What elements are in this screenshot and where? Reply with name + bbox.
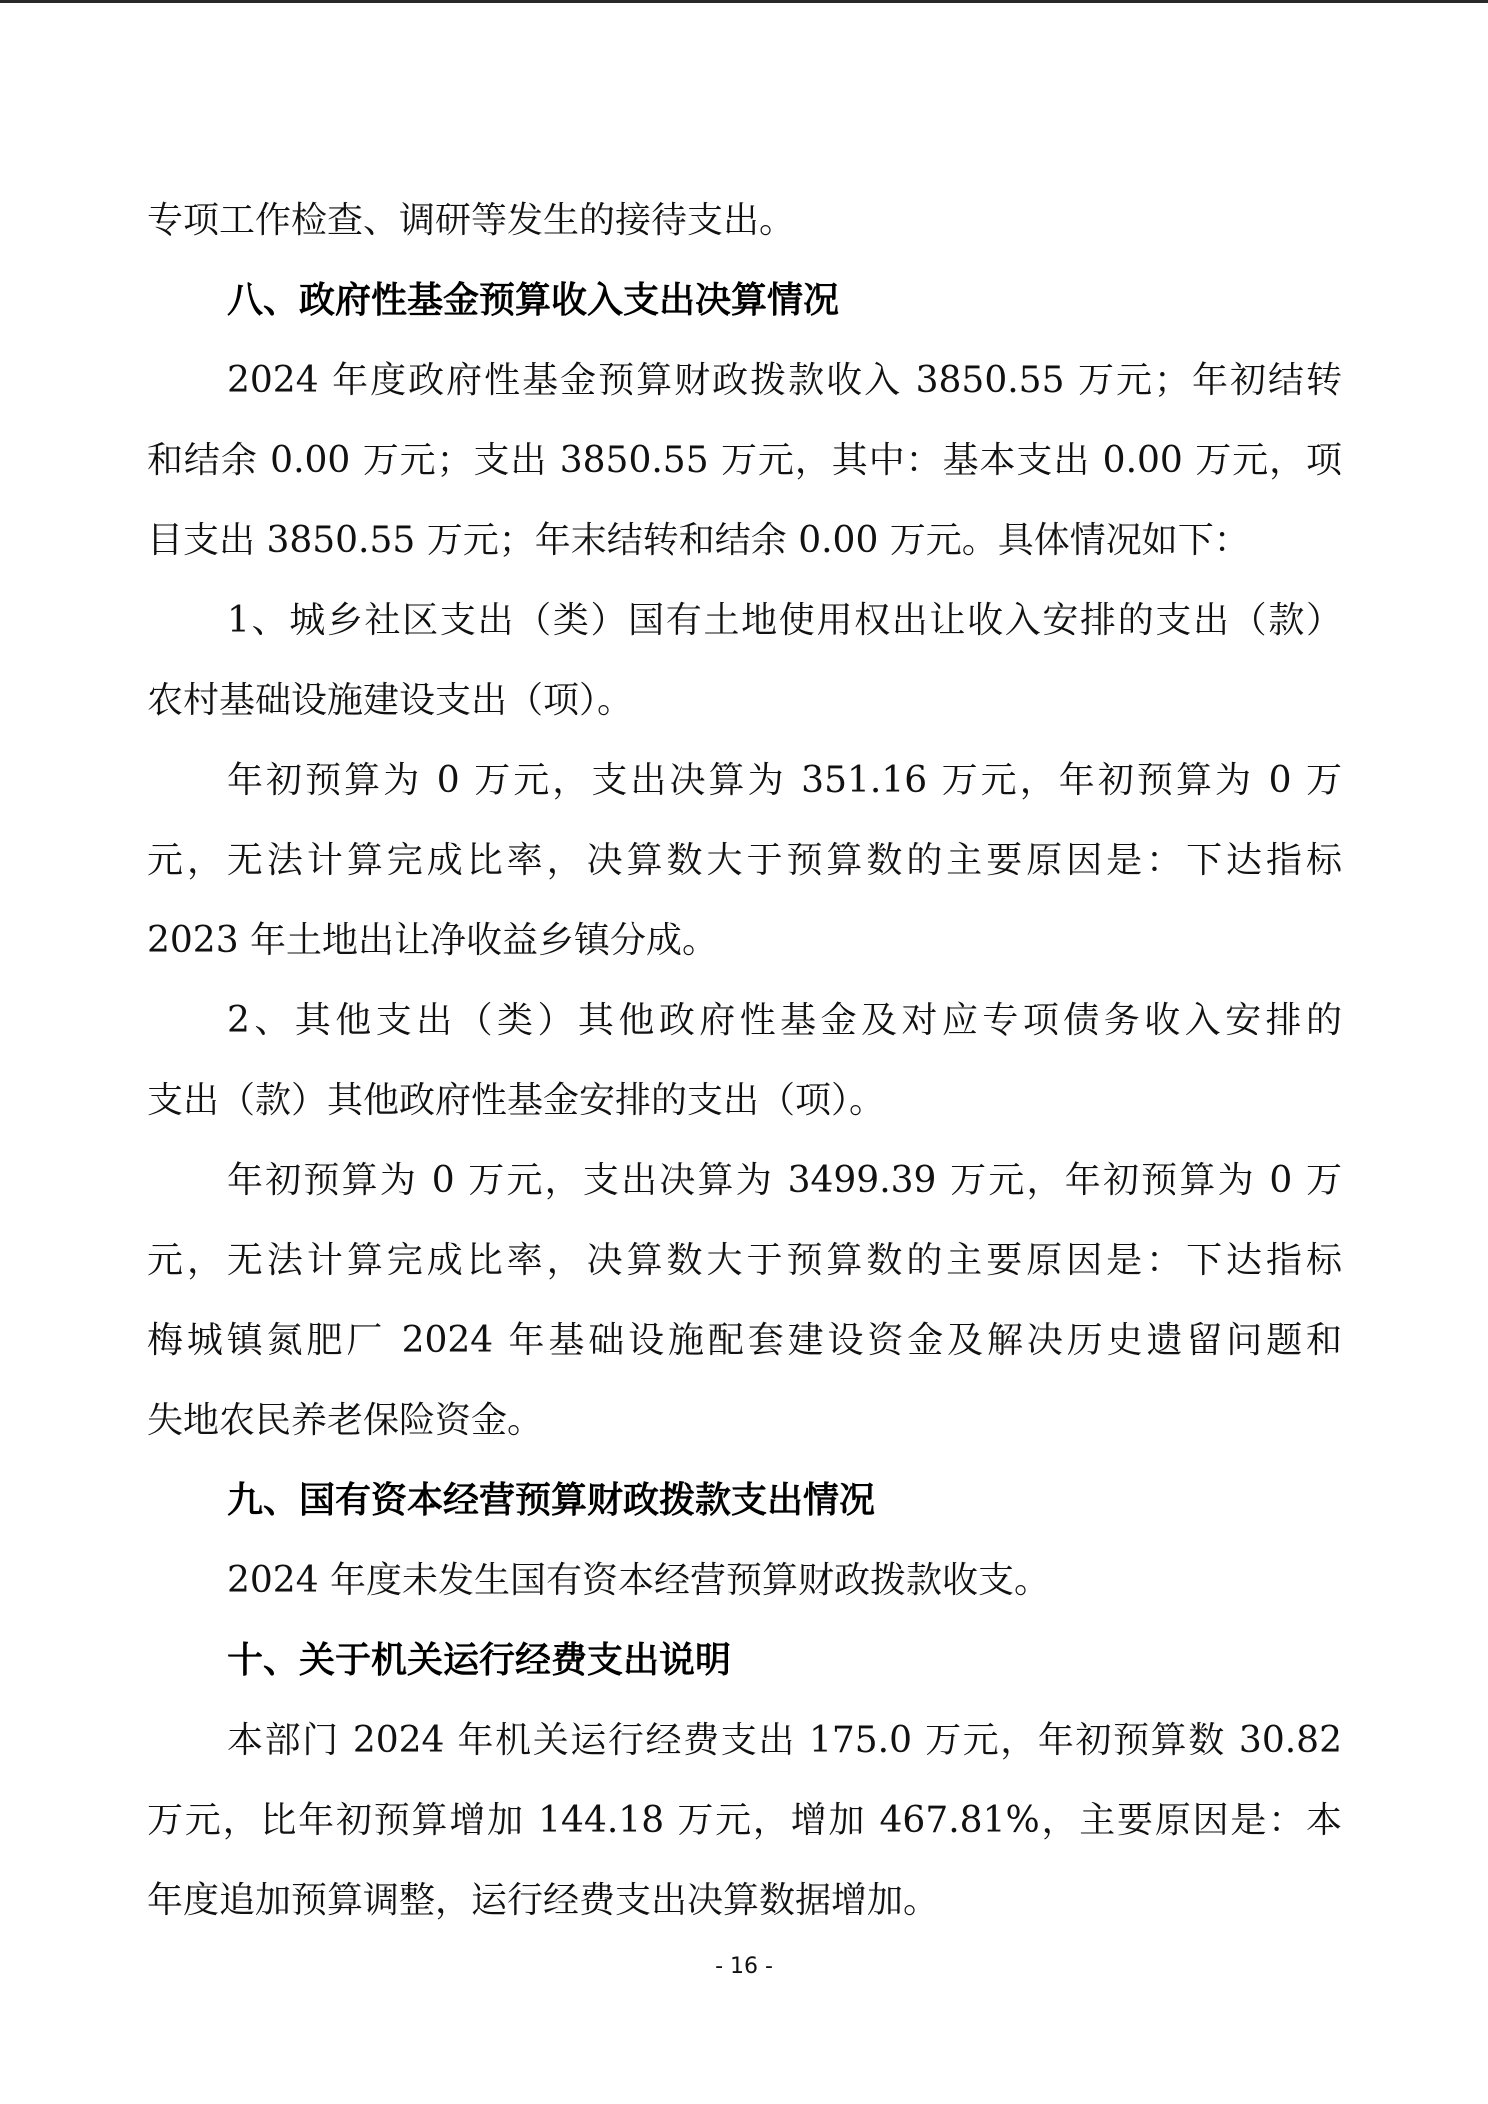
item-2-title-line: 2、其他支出（类）其他政府性基金及对应专项债务收入安排的 (227, 997, 1342, 1045)
section-heading-9: 九、国有资本经营预算财政拨款支出情况 (227, 1477, 875, 1525)
item-1-title-line: 农村基础设施建设支出（项）。 (147, 677, 633, 725)
body-line: 2024 年度未发生国有资本经营预算财政拨款收支。 (227, 1557, 1050, 1605)
section-heading-10: 十、关于机关运行经费支出说明 (227, 1637, 731, 1685)
body-line: 元，无法计算完成比率，决算数大于预算数的主要原因是：下达指标 (147, 837, 1342, 885)
body-line: 失地农民养老保险资金。 (147, 1397, 543, 1445)
body-line: 梅城镇氮肥厂 2024 年基础设施配套建设资金及解决历史遗留问题和 (147, 1317, 1342, 1365)
body-line: 元，无法计算完成比率，决算数大于预算数的主要原因是：下达指标 (147, 1237, 1342, 1285)
page-number: - 16 - (644, 1952, 844, 1982)
item-2-title-line: 支出（款）其他政府性基金安排的支出（项）。 (147, 1077, 885, 1125)
item-1-title-line: 1、城乡社区支出（类）国有土地使用权出让收入安排的支出（款） (227, 597, 1342, 645)
body-line: 专项工作检查、调研等发生的接待支出。 (147, 197, 795, 245)
body-line: 年初预算为 0 万元，支出决算为 3499.39 万元，年初预算为 0 万 (227, 1157, 1342, 1205)
body-line: 本部门 2024 年机关运行经费支出 175.0 万元，年初预算数 30.82 (227, 1717, 1342, 1765)
body-line: 年初预算为 0 万元，支出决算为 351.16 万元，年初预算为 0 万 (227, 757, 1342, 805)
body-line: 万元，比年初预算增加 144.18 万元，增加 467.81%，主要原因是：本 (147, 1797, 1342, 1845)
body-line: 2024 年度政府性基金预算财政拨款收入 3850.55 万元；年初结转 (227, 357, 1342, 405)
body-line: 年度追加预算调整，运行经费支出决算数据增加。 (147, 1877, 939, 1925)
document-page: 专项工作检查、调研等发生的接待支出。 八、政府性基金预算收入支出决算情况 202… (0, 0, 1488, 2104)
body-line: 2023 年土地出让净收益乡镇分成。 (147, 917, 718, 965)
section-heading-8: 八、政府性基金预算收入支出决算情况 (227, 277, 839, 325)
body-line: 目支出 3850.55 万元；年末结转和结余 0.00 万元。具体情况如下： (147, 517, 1250, 565)
body-line: 和结余 0.00 万元；支出 3850.55 万元，其中：基本支出 0.00 万… (147, 437, 1342, 485)
